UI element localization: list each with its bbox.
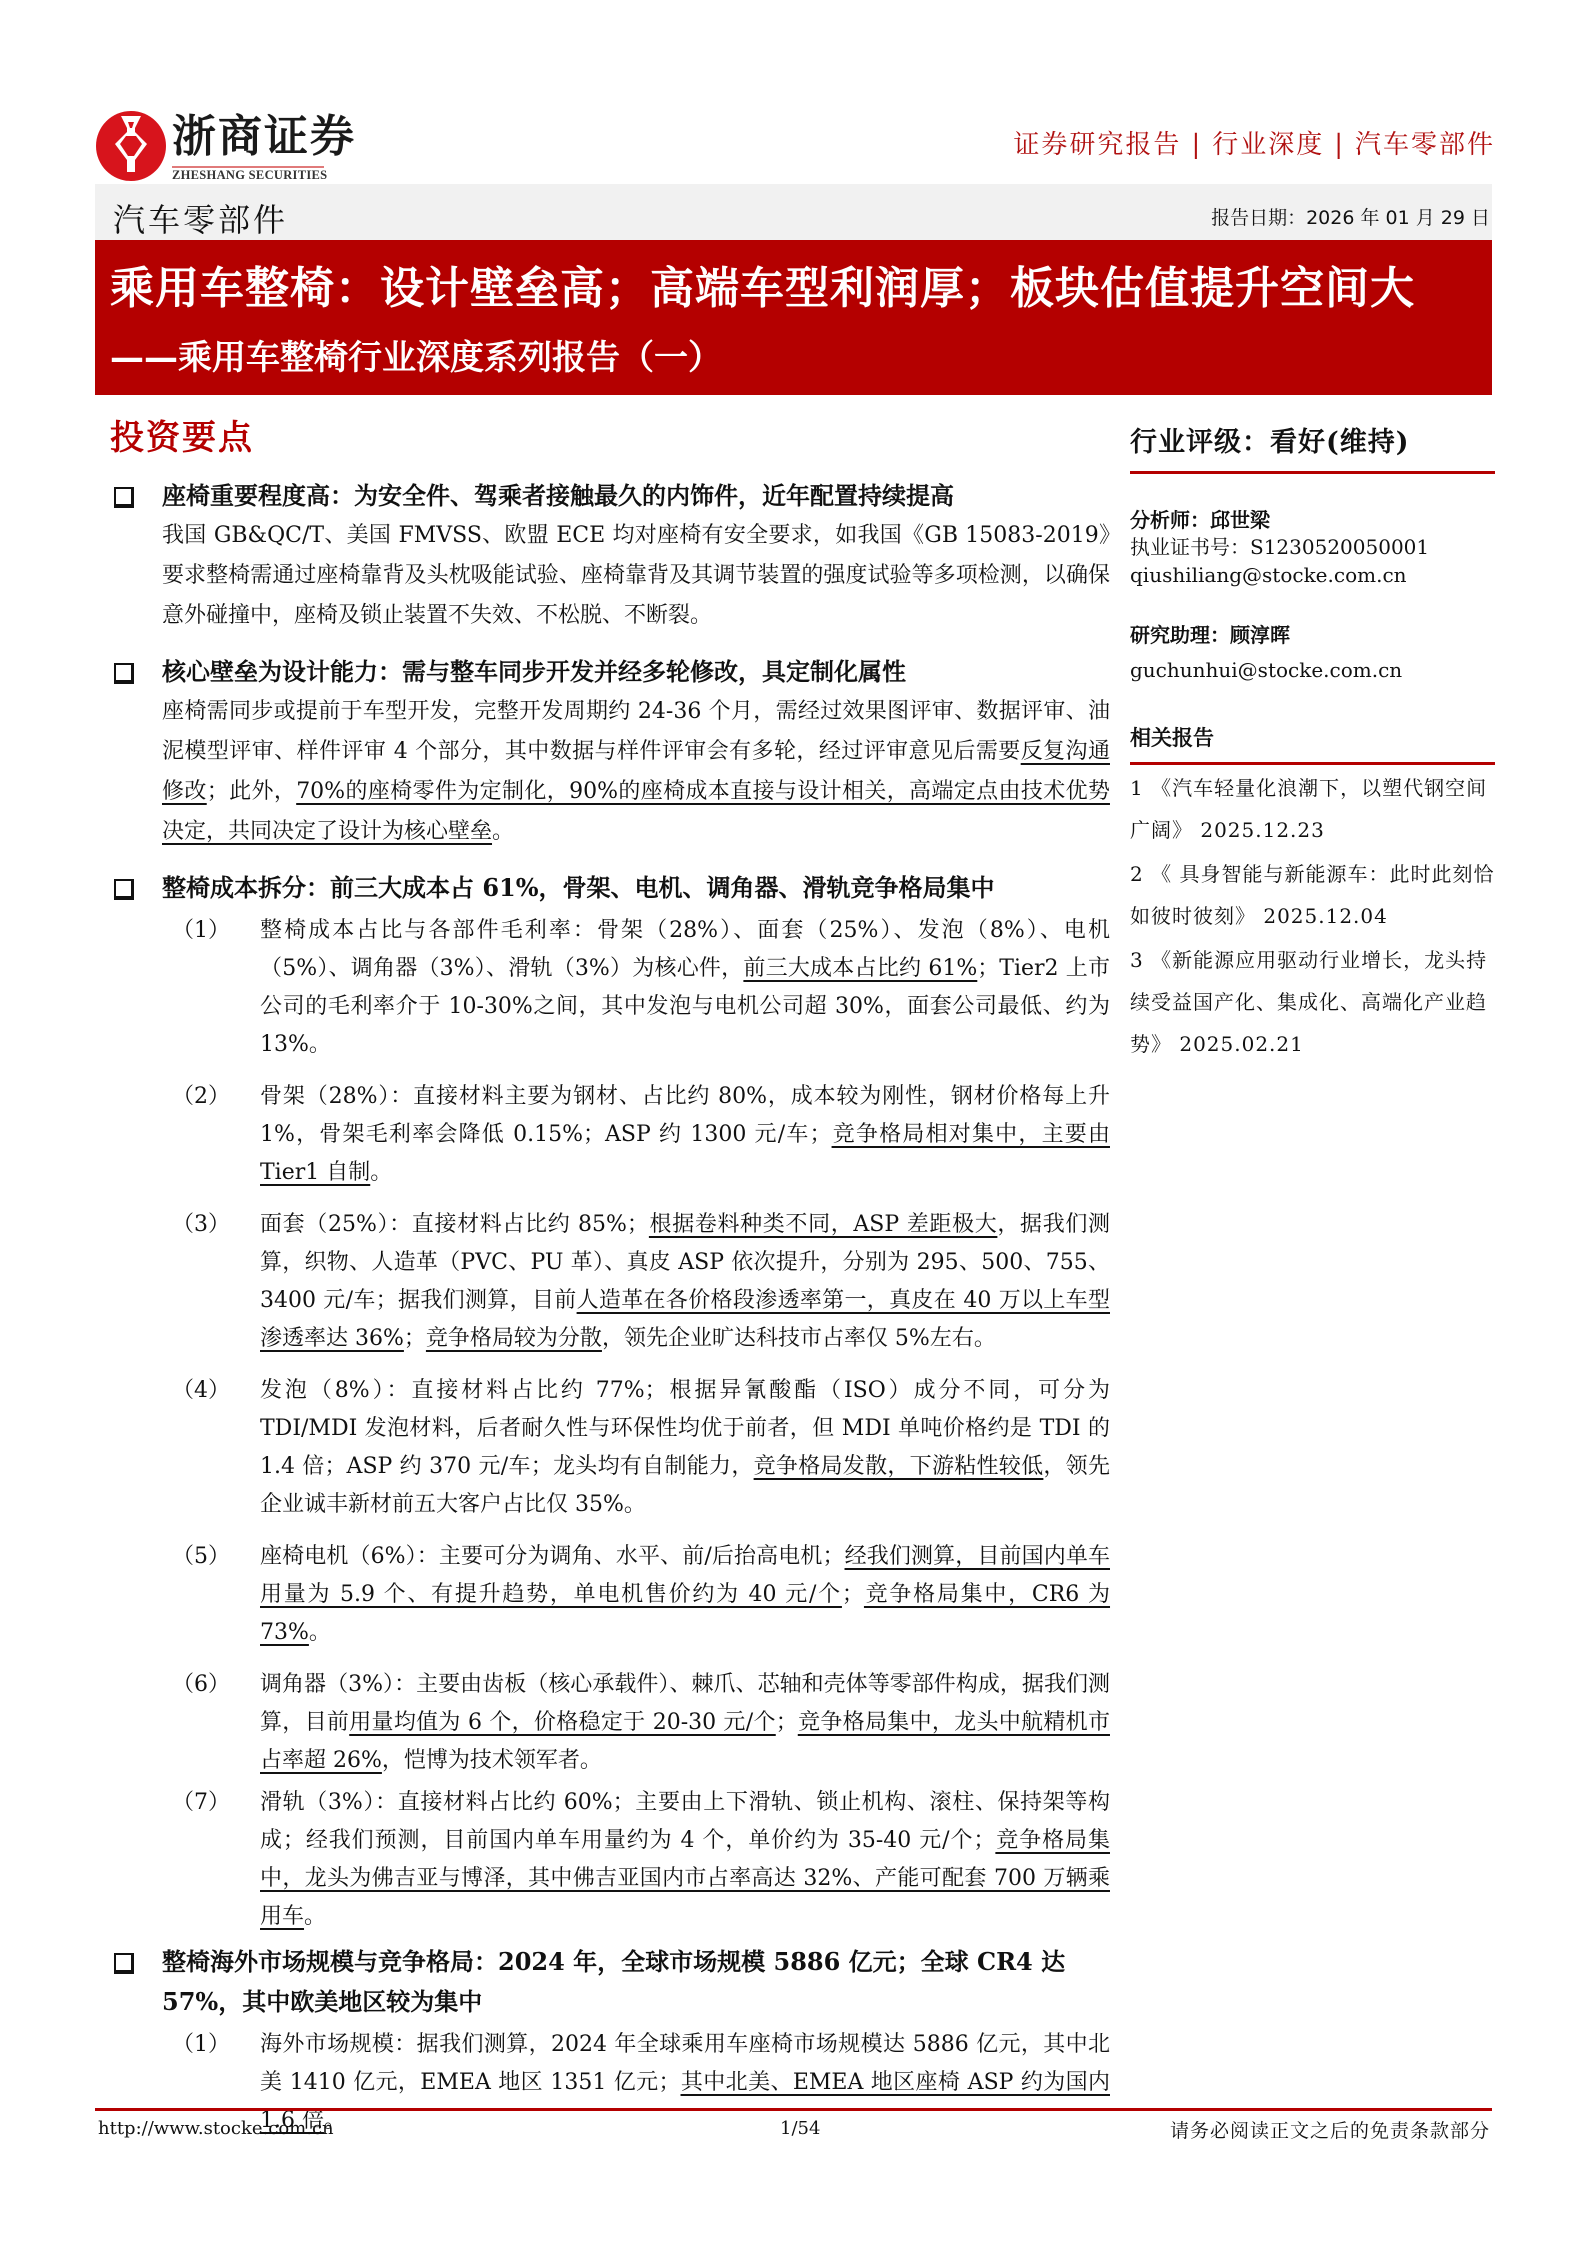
assistant-email[interactable]: guchunhui@stocke.com.cn (1130, 656, 1495, 684)
date-label: 报告日期： (1211, 207, 1306, 229)
bullet-heading: 整椅成本拆分：前三大成本占 61%，骨架、电机、调角器、滑轨竞争格局集中 (110, 868, 1110, 908)
checkbox-bullet-icon (114, 879, 134, 900)
sector-label: 汽车零部件 (113, 195, 288, 241)
list-item: （5）座椅电机（6%）：主要可分为调角、水平、前/后抬高电机；经我们测算，目前国… (110, 1538, 1110, 1652)
bullet-heading-text: 座椅重要程度高：为安全件、驾乘者接触最久的内饰件，近年配置持续提高 (162, 481, 954, 510)
bullet-heading-text: 整椅成本拆分：前三大成本占 61%，骨架、电机、调角器、滑轨竞争格局集中 (162, 873, 995, 902)
date-value: 2026 年 01 月 29 日 (1306, 207, 1490, 229)
underlined-emphasis: 竞争格局较为分散 (426, 1326, 602, 1351)
license-number: 执业证书号：S1230520050001 (1130, 533, 1495, 561)
sidebar: 行业评级：看好(维持) 分析师：邱世梁 执业证书号：S1230520050001… (1130, 420, 1495, 1065)
brand-name-cn: 浙商证券 (172, 110, 356, 164)
analyst-name: 分析师：邱世梁 (1130, 504, 1495, 533)
bullet-heading: 座椅重要程度高：为安全件、驾乘者接触最久的内饰件，近年配置持续提高 (110, 476, 1110, 516)
analyst-email[interactable]: qiushiliang@stocke.com.cn (1130, 561, 1495, 589)
checkbox-bullet-icon (114, 1953, 134, 1974)
disclaimer-note: 请务必阅读正文之后的免责条款部分 (1170, 2116, 1490, 2143)
zheshang-logo-icon (95, 110, 167, 182)
separator: | (1191, 130, 1202, 160)
list-item: （6）调角器（3%）：主要由齿板（核心承载件）、棘爪、芯轴和壳体等零部件构成，据… (110, 1666, 1110, 1780)
related-reports-title: 相关报告 (1130, 722, 1495, 765)
bullet-heading: 整椅海外市场规模与竞争格局：2024 年，全球市场规模 5886 亿元；全球 C… (110, 1942, 1110, 2022)
industry-rating: 行业评级：看好(维持) (1130, 420, 1495, 474)
report-title: 乘用车整椅：设计壁垒高；高端车型利润厚；板块估值提升空间大 (110, 252, 1415, 316)
category-auto-parts: 汽车零部件 (1355, 130, 1495, 160)
underlined-emphasis: 70%的座椅零件为定制化，90%的座椅成本直接与设计相关，高端定点由技术优势决定… (162, 779, 1110, 844)
report-date: 报告日期：2026 年 01 月 29 日 (1211, 203, 1490, 230)
list-item: （2）骨架（28%）：直接材料主要为钢材、占比约 80%，成本较为刚性，钢材价格… (110, 1078, 1110, 1192)
bullet-heading-text: 整椅海外市场规模与竞争格局：2024 年，全球市场规模 5886 亿元；全球 C… (162, 1947, 1065, 2016)
underlined-emphasis: 根据卷料种类不同，ASP 差距极大 (649, 1212, 998, 1237)
checkbox-bullet-icon (114, 487, 134, 508)
underlined-emphasis: 前三大成本占比约 61% (743, 956, 977, 981)
category-industry-depth: 行业深度 (1212, 130, 1324, 160)
bullet-heading: 核心壁垒为设计能力：需与整车同步开发并经多轮修改，具定制化属性 (110, 652, 1110, 692)
report-subtitle: ——乘用车整椅行业深度系列报告（一） (110, 330, 722, 379)
assistant-name: 研究助理：顾淳晖 (1130, 619, 1495, 648)
list-item: （3）面套（25%）：直接材料占比约 85%；根据卷料种类不同，ASP 差距极大… (110, 1206, 1110, 1358)
related-report-item[interactable]: 1 《汽车轻量化浪潮下，以塑代钢空间广阔》 2025.12.23 (1130, 767, 1495, 851)
list-item: （7）滑轨（3%）：直接材料占比约 60%；主要由上下滑轨、锁止机构、滚柱、保持… (110, 1784, 1110, 1936)
report-categories: 证券研究报告|行业深度|汽车零部件 (1013, 124, 1495, 161)
category-research-report: 证券研究报告 (1013, 130, 1181, 160)
checkbox-bullet-icon (114, 663, 134, 684)
underlined-emphasis: 竞争格局发散，下游粘性较低 (754, 1454, 1044, 1479)
page-number: 1/54 (780, 2118, 820, 2139)
footer-url-link[interactable]: http://www.stocke.com.cn (98, 2118, 334, 2139)
list-item: （4）发泡（8%）：直接材料占比约 77%；根据异氰酸酯（ISO）成分不同，可分… (110, 1372, 1110, 1524)
related-report-item[interactable]: 3 《新能源应用驱动行业增长，龙头持续受益国产化、集成化、高端化产业趋势》 20… (1130, 939, 1495, 1065)
list-item: （1）整椅成本占比与各部件毛利率：骨架（28%）、面套（25%）、发泡（8%）、… (110, 912, 1110, 1064)
underlined-emphasis: 用量均值为 6 个，价格稳定于 20-30 元/个 (349, 1710, 776, 1735)
related-report-item[interactable]: 2 《 具身智能与新能源车：此时此刻恰如彼时彼刻》 2025.12.04 (1130, 853, 1495, 937)
bullet-paragraph: 座椅需同步或提前于车型开发，完整开发周期约 24-36 个月，需经过效果图评审、… (110, 692, 1110, 852)
brand-name-en: ZHESHANG SECURITIES (172, 168, 327, 183)
section-title: 投资要点 (110, 410, 254, 459)
footer-divider (95, 2108, 1492, 2111)
bullet-paragraph: 我国 GB&QC/T、美国 FMVSS、欧盟 ECE 均对座椅有安全要求，如我国… (110, 516, 1110, 636)
bullet-heading-text: 核心壁垒为设计能力：需与整车同步开发并经多轮修改，具定制化属性 (162, 657, 906, 686)
separator: | (1334, 130, 1345, 160)
investment-highlights: 座椅重要程度高：为安全件、驾乘者接触最久的内饰件，近年配置持续提高 我国 GB&… (110, 470, 1110, 2140)
